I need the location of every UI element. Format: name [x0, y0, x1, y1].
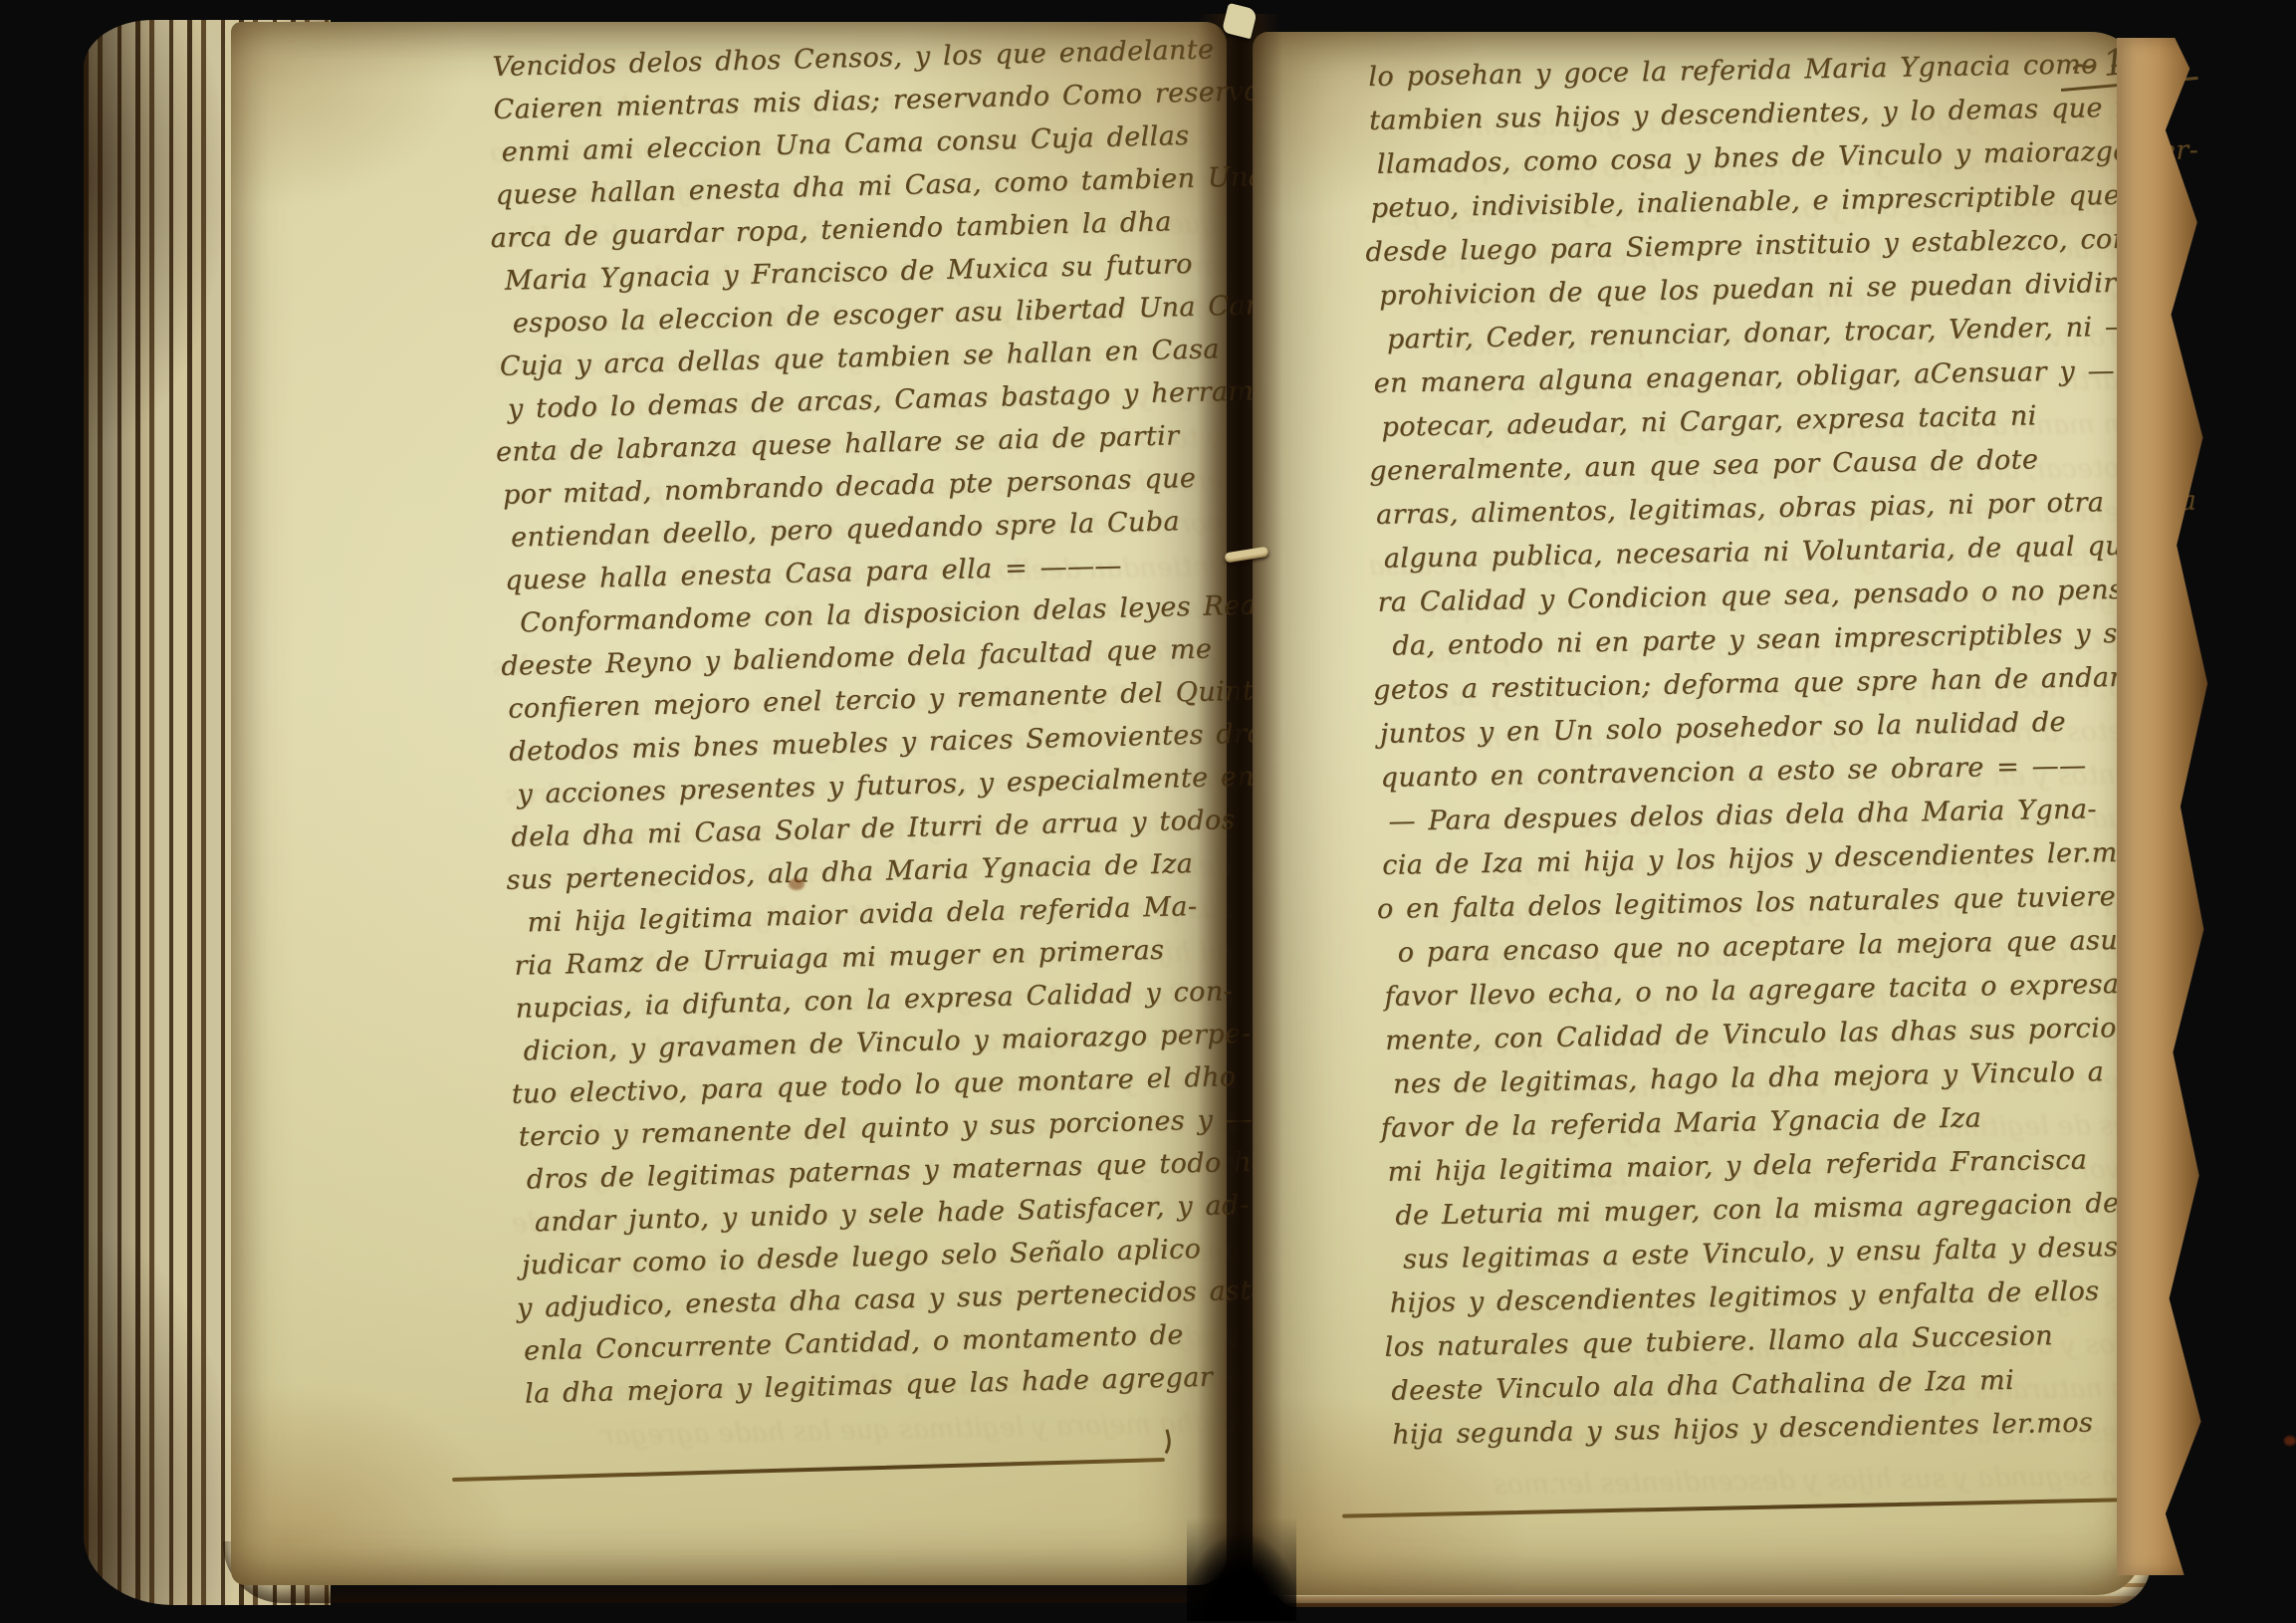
left-page: Vencidos delos dhos Censos, y los que en…	[231, 22, 1227, 1585]
left-page-manuscript-text: Vencidos delos dhos Censos, y los que en…	[492, 27, 1301, 1416]
right-page-manuscript-text: lo posehan y goce la referida Maria Ygna…	[1368, 42, 2214, 1458]
ink-stain	[2284, 1436, 2296, 1446]
book-gutter-shadow	[1197, 14, 1282, 1611]
manuscript-book: Vencidos delos dhos Censos, y los que en…	[84, 4, 2127, 1617]
right-page: lo posehan y goce la referida Maria Ygna…	[1253, 32, 2143, 1595]
left-page-closing-rule	[452, 1458, 1165, 1482]
gutter-bottom-shadow	[1187, 1517, 1296, 1621]
right-page-closing-rule	[1342, 1497, 2167, 1517]
